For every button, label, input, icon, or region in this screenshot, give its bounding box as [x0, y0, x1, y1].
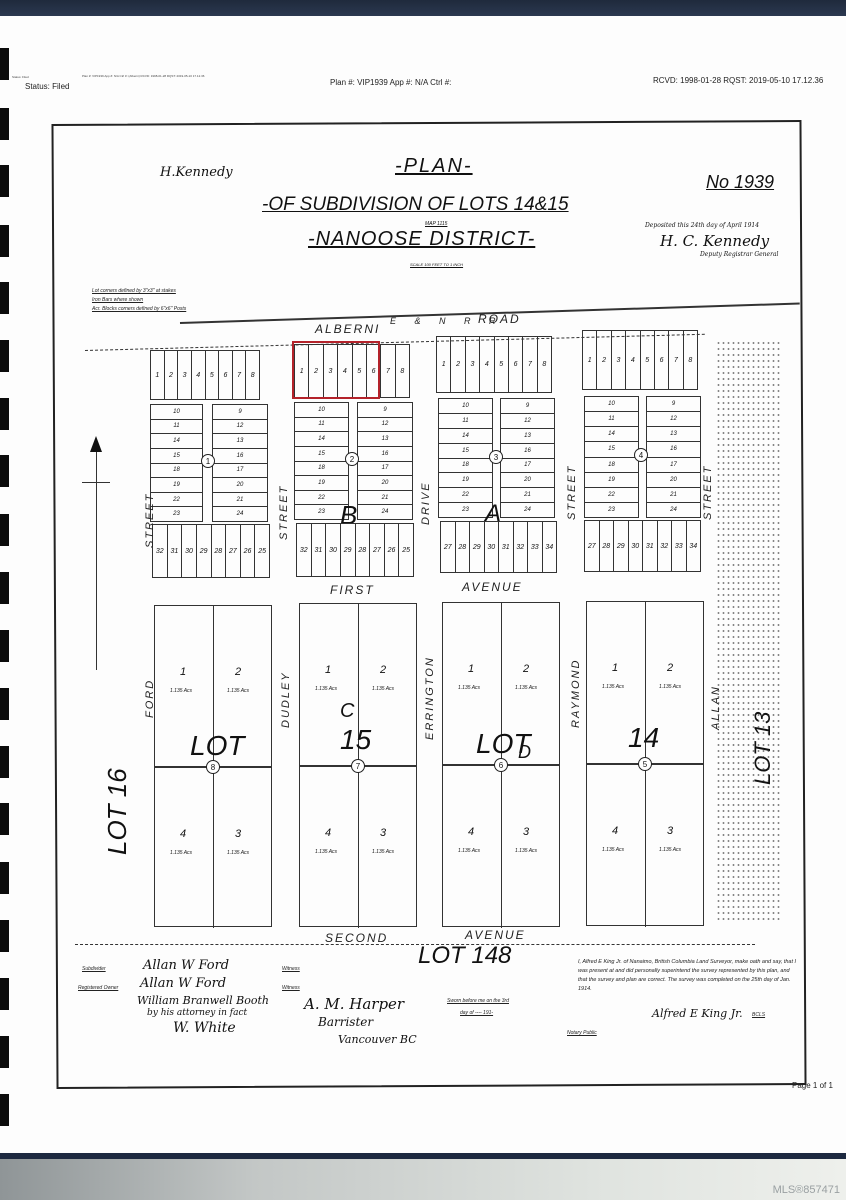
- block-7-bottom: 4 3 1.135 Acs 1.135 Acs: [299, 766, 417, 927]
- drive-label: DRIVE: [420, 481, 432, 525]
- lot-strip-bottom-block-3: 2728293031323334: [440, 521, 557, 573]
- lot-strip-block-4: 12345678: [582, 330, 698, 390]
- binder-hole: [0, 688, 9, 720]
- scanner-bottom-band: MLS®857471: [0, 1153, 846, 1200]
- lot-label-word-1: LOT: [190, 730, 244, 762]
- lot-strip-bottom-block-4: 2728293031323334: [584, 520, 701, 572]
- subdivider-signature: Allan W Ford: [143, 958, 229, 973]
- block-3-right-lots: 912131617202124: [500, 398, 555, 518]
- plan-title: -PLAN-: [395, 155, 473, 178]
- status-text: Status: Filed: [25, 82, 69, 91]
- binder-hole: [0, 398, 9, 430]
- street-label-3: STREET: [566, 465, 578, 520]
- binder-hole: [0, 48, 9, 80]
- street-label-2: STREET: [278, 485, 290, 540]
- first-label: FIRST: [330, 583, 375, 597]
- registered-owner-label: Registered Owner: [78, 985, 118, 991]
- block-number-4: 4: [634, 448, 648, 462]
- binder-hole: [0, 1094, 9, 1126]
- registrar-signature: H. C. Kennedy: [660, 232, 769, 250]
- binder-hole: [0, 282, 9, 314]
- binder-hole: [0, 630, 9, 662]
- received-info: RCVD: 1998-01-28 RQST: 2019-05-10 17.12.…: [653, 76, 823, 85]
- deposit-note: Deposited this 24th day of April 1914: [645, 222, 759, 229]
- block-number-8: 8: [206, 760, 220, 774]
- district-title: -NANOOSE DISTRICT-: [308, 228, 535, 251]
- small-status-text: Status: Filed: [12, 75, 29, 79]
- block-4-right-lots: 912131617202124: [646, 396, 701, 518]
- alberni-label: ALBERNI: [315, 322, 380, 336]
- dudley-street-label: DUDLEY: [280, 671, 292, 728]
- attorney-text: by his attorney in fact: [147, 1008, 247, 1018]
- block-number-2: 2: [345, 452, 359, 466]
- scale-text: SCALE 100 FEET TO 1 INCH: [410, 262, 463, 267]
- notary-label: Notary Public: [567, 1030, 597, 1036]
- lot-148-label: LOT 148: [418, 942, 511, 970]
- north-arrow-icon: [90, 436, 102, 452]
- lot-strip-bottom-block-2: 3231302928272625: [296, 523, 414, 577]
- plan-info: Plan #: VIP1939 App #: N/A Ctrl #:: [330, 78, 451, 87]
- signature-kennedy: H.Kennedy: [160, 165, 233, 180]
- lot-16-label: LOT 16: [102, 768, 133, 855]
- second-label: SECOND: [325, 931, 388, 945]
- subdivider-label: Subdivider: [82, 966, 106, 972]
- binder-hole: [0, 920, 9, 952]
- block-1-left-lots: 1011141518192223: [150, 404, 203, 522]
- highlighted-lots-1-6: [292, 341, 380, 399]
- lot-strip-bottom-block-1: 3231302928272625: [152, 524, 270, 578]
- map-reference: MAP 1115: [425, 221, 447, 227]
- binder-hole: [0, 108, 9, 140]
- binder-hole: [0, 455, 9, 487]
- surveyor-title: BCLS: [752, 1012, 765, 1018]
- block-8-bottom: 4 3 1.135 Acs 1.135 Acs: [154, 767, 272, 927]
- binder-hole: [0, 1036, 9, 1068]
- raymond-street-label: RAYMOND: [570, 659, 582, 728]
- attorney-signature: W. White: [173, 1020, 236, 1036]
- block-6-bottom: 4 3 1.135 Acs 1.135 Acs: [442, 765, 560, 927]
- lot-strip-block-3: 12345678: [436, 336, 552, 393]
- witness-label-2: Witness: [282, 985, 300, 991]
- second-avenue-label: AVENUE: [465, 928, 526, 942]
- block-4-left-lots: 1011141518192223: [584, 396, 639, 518]
- witness-label-1: Witness: [282, 966, 300, 972]
- legend-item: Iron Bars where shown: [92, 296, 186, 305]
- street-label-1: STREET: [144, 493, 156, 548]
- binder-hole: [0, 803, 9, 835]
- block-1-right-lots: 912131617202124: [212, 404, 268, 522]
- binder-hole: [0, 165, 9, 197]
- block-number-5: 5: [638, 757, 652, 771]
- annotation-d: D: [518, 742, 531, 763]
- scanner-top-band: [0, 0, 846, 16]
- annotation-c: C: [340, 700, 354, 723]
- surveyor-signature: Alfred E King Jr.: [652, 1007, 743, 1020]
- sworn-day-text: day of ---- 191-: [460, 1010, 493, 1016]
- solicitor-signature: A. M. Harper: [304, 995, 404, 1013]
- road-label: ROAD: [478, 312, 521, 326]
- lot-15-number: 15: [340, 724, 371, 756]
- block-number-1: 1: [201, 454, 215, 468]
- binder-hole: [0, 225, 9, 257]
- legend-item: Lot corners defined by 3"x3" at stakes: [92, 287, 186, 296]
- surveyor-certificate: I, Alfred E King Jr. of Nanaimo, British…: [578, 958, 798, 994]
- block-2-right-lots: 912131617202124: [357, 402, 413, 520]
- errington-drive-label: ERRINGTON: [424, 656, 436, 740]
- mls-watermark: MLS®857471: [773, 1184, 840, 1196]
- plan-subtitle: -OF SUBDIVISION OF LOTS 14&15: [262, 194, 569, 216]
- legend-list: Lot corners defined by 3"x3" at stakes I…: [92, 287, 186, 314]
- city-text: Vancouver BC: [338, 1033, 417, 1046]
- binder-hole: [0, 514, 9, 546]
- barrister-text: Barrister: [318, 1015, 373, 1029]
- block-number-3: 3: [489, 450, 503, 464]
- second-avenue-boundary: [75, 944, 755, 945]
- plan-number: No 1939: [706, 172, 774, 193]
- owner-signature-2: William Branwell Booth: [137, 994, 269, 1007]
- page-number: Page 1 of 1: [792, 1081, 833, 1090]
- block-number-6: 6: [494, 758, 508, 772]
- small-plan-info: Plan #: VIP1939 App #: N/A Ctrl #: (Albe…: [82, 74, 204, 78]
- meridian-crossbar: [82, 482, 110, 483]
- legend-item: Acr. Blocks corners defined by 6"x6" Pos…: [92, 305, 186, 314]
- binder-hole: [0, 340, 9, 372]
- binder-hole: [0, 572, 9, 604]
- block-number-7: 7: [351, 759, 365, 773]
- stippled-area: [716, 340, 782, 920]
- owner-signature: Allan W Ford: [140, 976, 226, 991]
- block-5-bottom: 4 3 1.135 Acs 1.135 Acs: [586, 764, 704, 926]
- registrar-title: Deputy Registrar General: [700, 251, 778, 258]
- meridian-line: [96, 450, 97, 670]
- street-label-4: STREET: [702, 465, 714, 520]
- sworn-text: Sworn before me on the 3rd: [447, 998, 509, 1004]
- first-avenue-label: AVENUE: [462, 580, 523, 594]
- lot-14-number: 14: [628, 722, 659, 754]
- binder-hole: [0, 746, 9, 778]
- binder-hole: [0, 862, 9, 894]
- lot-strip-block-1: 12345678: [150, 350, 260, 400]
- binder-hole: [0, 978, 9, 1010]
